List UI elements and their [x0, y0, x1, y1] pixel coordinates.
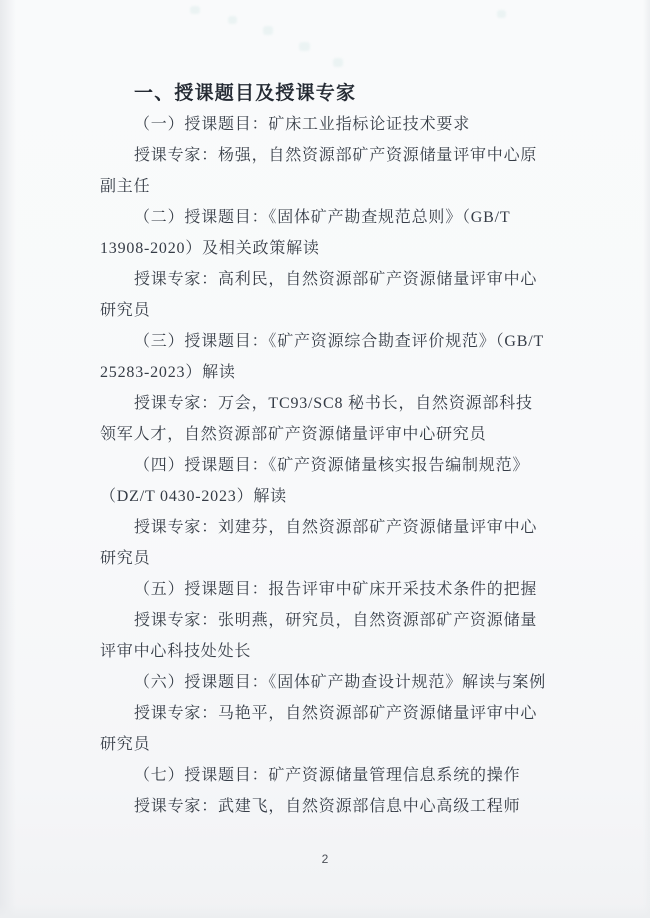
text-line: 授课专家：张明燕，研究员，自然资源部矿产资源储量 [100, 605, 560, 636]
text-line: （一）授课题目：矿床工业指标论证技术要求 [100, 109, 560, 140]
text-line: 授课专家：武建飞，自然资源部信息中心高级工程师 [100, 791, 560, 822]
text-line: 授课专家：万会，TC93/SC8 秘书长，自然资源部科技 [100, 388, 560, 419]
page-right-edge-shadow [643, 0, 650, 918]
text-line: 13908-2020）及相关政策解读 [100, 233, 560, 264]
photo-artifact [299, 42, 310, 51]
text-line: 授课专家：马艳平，自然资源部矿产资源储量评审中心 [100, 698, 560, 729]
text-line: 领军人才，自然资源部矿产资源储量评审中心研究员 [100, 419, 560, 450]
text-line: 研究员 [100, 295, 560, 326]
text-line: （四）授课题目：《矿产资源储量核实报告编制规范》 [100, 450, 560, 481]
text-line: 授课专家：高利民，自然资源部矿产资源储量评审中心 [100, 264, 560, 295]
text-line: （三）授课题目：《矿产资源综合勘查评价规范》（GB/T [100, 326, 560, 357]
photo-artifact [228, 16, 237, 24]
page-bottom-edge-shadow [0, 904, 650, 918]
photo-artifact [497, 10, 506, 18]
text-line: 授课专家：刘建芬，自然资源部矿产资源储量评审中心 [100, 512, 560, 543]
page-left-edge-shadow [0, 0, 16, 918]
text-line: （五）授课题目：报告评审中矿床开采技术条件的把握 [100, 574, 560, 605]
text-line: （二）授课题目：《固体矿产勘查规范总则》（GB/T [100, 202, 560, 233]
section-heading: 一、授课题目及授课专家 [100, 78, 560, 109]
text-line: 授课专家：杨强，自然资源部矿产资源储量评审中心原 [100, 140, 560, 171]
text-line: （六）授课题目：《固体矿产勘查设计规范》解读与案例 [100, 667, 560, 698]
text-line: （七）授课题目：矿产资源储量管理信息系统的操作 [100, 760, 560, 791]
document-body: 一、授课题目及授课专家（一）授课题目：矿床工业指标论证技术要求授课专家：杨强，自… [100, 78, 560, 822]
text-line: 评审中心科技处处长 [100, 636, 560, 667]
text-line: 研究员 [100, 543, 560, 574]
photo-artifact [333, 58, 343, 67]
page-number: 2 [0, 852, 650, 866]
text-line: （DZ/T 0430-2023）解读 [100, 481, 560, 512]
text-line: 25283-2023）解读 [100, 357, 560, 388]
photo-artifact [263, 26, 273, 35]
photo-artifact [190, 6, 200, 14]
text-line: 研究员 [100, 729, 560, 760]
text-line: 副主任 [100, 171, 560, 202]
document-page: 一、授课题目及授课专家（一）授课题目：矿床工业指标论证技术要求授课专家：杨强，自… [0, 0, 650, 918]
